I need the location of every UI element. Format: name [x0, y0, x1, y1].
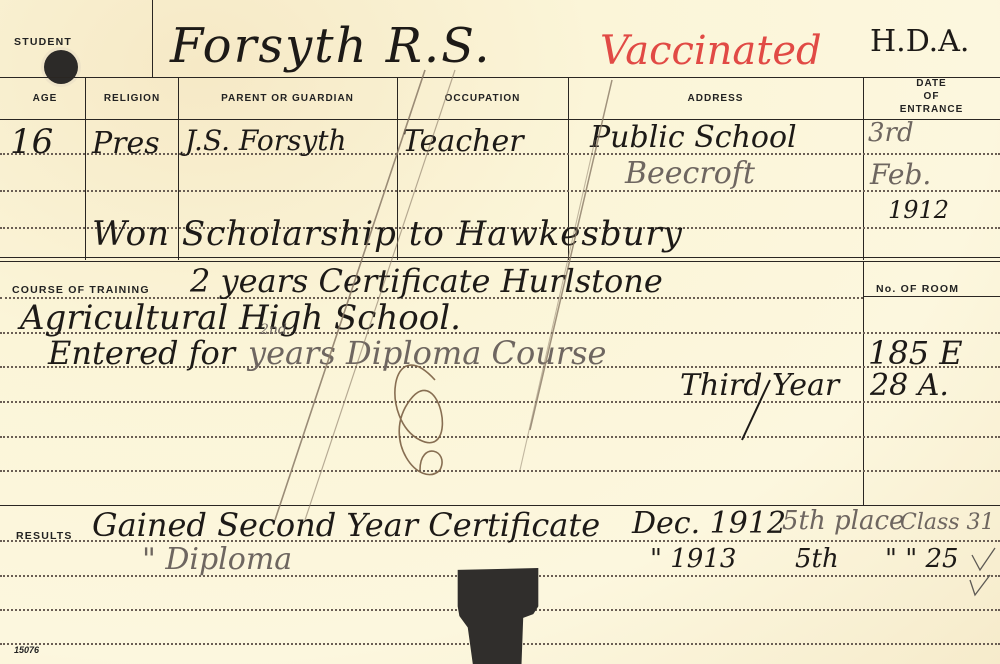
student-record-card: STUDENT Forsyth R.S. Vaccinated H.D.A. A…	[0, 0, 1000, 664]
pencil-strokes-overlay	[0, 0, 1000, 664]
form-number: 15076	[14, 645, 39, 655]
signature-flourish	[395, 365, 442, 474]
